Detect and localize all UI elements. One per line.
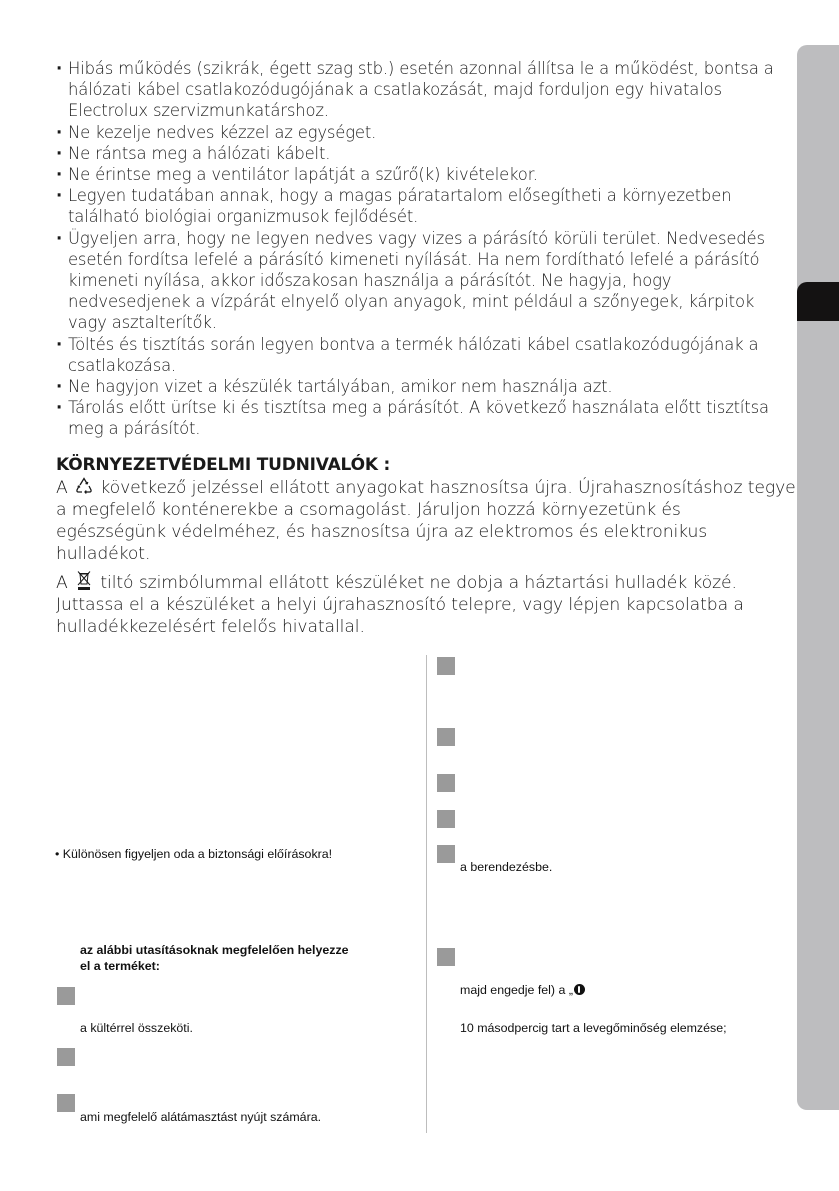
step-marker-r6 — [437, 948, 455, 966]
recycle-text: következő jelzéssel ellátott anyagokat h… — [56, 478, 796, 564]
step-r5-text: a berendezésbe. — [460, 860, 552, 875]
safety-bullet: Ügyeljen arra, hogy ne legyen nedves vag… — [56, 228, 796, 334]
step-marker-r1 — [437, 657, 455, 675]
step-marker-r2 — [437, 728, 455, 746]
step-marker-r5 — [437, 845, 455, 863]
safety-bullet: Töltés és tisztítás során legyen bontva … — [56, 334, 796, 376]
weee-prefix: A — [56, 573, 68, 593]
placement-heading-line1: az alábbi utasításoknak megfelelően hely… — [80, 943, 349, 958]
step-3-text: ami megfelelő alátámasztást nyújt számár… — [80, 1110, 321, 1125]
safety-bullet: Ne érintse meg a ventilátor lapátját a s… — [56, 164, 796, 185]
recycle-icon — [74, 476, 94, 496]
placement-heading-line2: el a terméket: — [80, 959, 160, 974]
step-r6-line1-text: majd engedje fel) a „ — [460, 983, 573, 997]
column-divider — [426, 655, 427, 1133]
safety-bullet: Ne kezelje nedves kézzel az egységet. — [56, 122, 796, 143]
safety-warning: • Különösen figyeljen oda a biztonsági e… — [55, 847, 332, 862]
safety-bullet: Ne rántsa meg a hálózati kábelt. — [56, 143, 796, 164]
safety-bullet: Ne hagyjon vizet a készülék tartályában,… — [56, 376, 796, 397]
safety-bullet: Legyen tudatában annak, hogy a magas pár… — [56, 185, 796, 227]
step-marker-r4 — [437, 810, 455, 828]
weee-paragraph: A tiltó szimbólummal ellátott készüléket… — [56, 571, 796, 638]
chapter-tab-active — [797, 282, 839, 321]
step-marker-r3 — [437, 774, 455, 792]
step-r6-line2: 10 másodpercig tart a levegőminőség elem… — [460, 1021, 727, 1036]
step-marker-1 — [57, 987, 75, 1005]
step-1-text: a kültérrel összeköti. — [80, 1021, 193, 1036]
chapter-tab-strip — [797, 45, 839, 1110]
power-icon — [574, 984, 585, 995]
safety-bullet: Hibás működés (szikrák, égett szag stb.)… — [56, 58, 796, 122]
recycle-prefix: A — [56, 478, 68, 498]
crossed-bin-icon — [74, 571, 94, 591]
safety-section: Hibás működés (szikrák, égett szag stb.)… — [56, 58, 796, 638]
recycle-paragraph: A következő jelzéssel ellátott anyagokat… — [56, 476, 796, 565]
environment-heading: KÖRNYEZETVÉDELMI TUDNIVALÓK : — [56, 454, 796, 476]
weee-text: tiltó szimbólummal ellátott készüléket n… — [56, 573, 744, 637]
safety-bullet: Tárolás előtt ürítse ki és tisztítsa meg… — [56, 397, 796, 439]
step-marker-3 — [57, 1094, 75, 1112]
step-r6-line1: majd engedje fel) a „ — [460, 983, 585, 998]
step-marker-2 — [57, 1048, 75, 1066]
